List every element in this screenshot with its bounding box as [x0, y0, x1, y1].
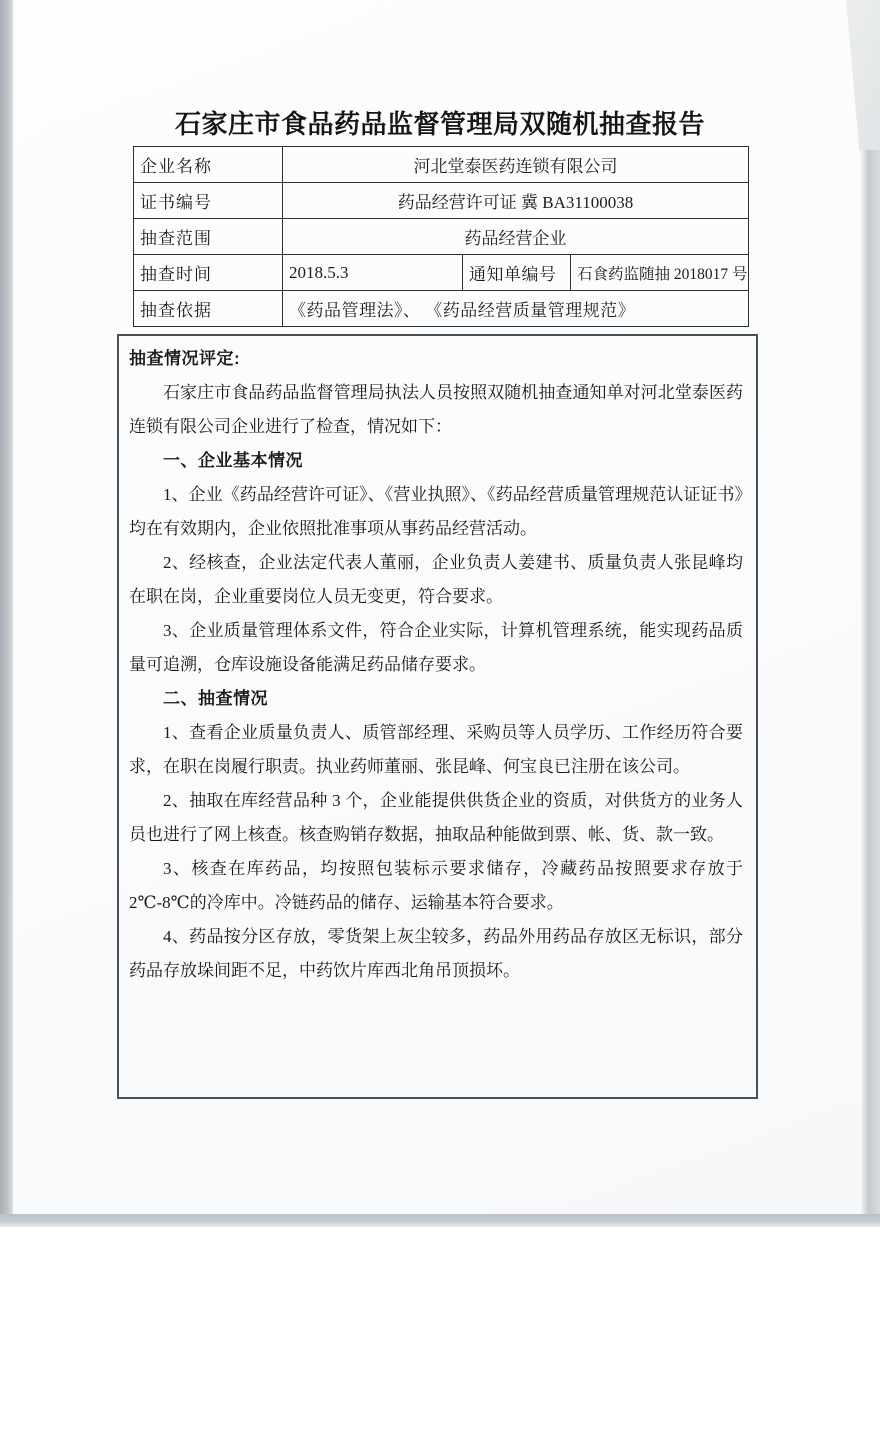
company-name-value: 河北堂泰医药连锁有限公司	[283, 147, 749, 183]
company-name-label: 企业名称	[134, 147, 283, 183]
inspection-scope-label: 抽查范围	[134, 219, 283, 255]
section1-item-1: 1、企业《药品经营许可证》、《营业执照》、《药品经营质量管理规范认证证书》均在有…	[129, 478, 743, 546]
section2-heading: 二、抽查情况	[129, 682, 743, 716]
notice-number-label: 通知单编号	[463, 255, 571, 291]
inspection-basis-value: 《药品管理法》、 《药品经营质量管理规范》	[283, 291, 749, 327]
assessment-heading: 抽查情况评定:	[129, 342, 743, 376]
section2-item-3: 3、核查在库药品，均按照包装标示要求储存，冷藏药品按照要求存放于 2℃-8℃的冷…	[129, 852, 743, 920]
scan-bottom-page-edge-shadow	[0, 1214, 880, 1227]
inspection-scope-value: 药品经营企业	[283, 219, 749, 255]
assessment-box: 抽查情况评定: 石家庄市食品药品监督管理局执法人员按照双随机抽查通知单对河北堂泰…	[117, 334, 758, 1099]
table-row-certificate: 证书编号 药品经营许可证 冀 BA31100038	[134, 183, 749, 219]
certificate-number-value: 药品经营许可证 冀 BA31100038	[283, 183, 749, 219]
scanned-document-view: 石家庄市食品药品监督管理局双随机抽查报告 企业名称 河北堂泰医药连锁有限公司 证…	[0, 0, 880, 1449]
info-table: 企业名称 河北堂泰医药连锁有限公司 证书编号 药品经营许可证 冀 BA31100…	[133, 146, 749, 327]
table-row-company: 企业名称 河北堂泰医药连锁有限公司	[134, 147, 749, 183]
inspection-basis-label: 抽查依据	[134, 291, 283, 327]
certificate-number-label: 证书编号	[134, 183, 283, 219]
table-row-basis: 抽查依据 《药品管理法》、 《药品经营质量管理规范》	[134, 291, 749, 327]
page-title: 石家庄市食品药品监督管理局双随机抽查报告	[30, 104, 850, 141]
section1-heading: 一、企业基本情况	[129, 444, 743, 478]
scan-left-edge-shadow	[0, 0, 13, 1214]
inspection-time-label: 抽查时间	[134, 255, 283, 291]
section2-item-1: 1、查看企业质量负责人、质管部经理、采购员等人员学历、工作经历符合要求，在职在岗…	[129, 716, 743, 784]
notice-number-value: 石食药监随抽 2018017 号	[571, 255, 749, 291]
scan-right-edge-shadow	[860, 150, 880, 1214]
assessment-intro: 石家庄市食品药品监督管理局执法人员按照双随机抽查通知单对河北堂泰医药连锁有限公司…	[129, 376, 743, 444]
table-row-time: 抽查时间 2018.5.3 通知单编号 石食药监随抽 2018017 号	[134, 255, 749, 291]
table-row-scope: 抽查范围 药品经营企业	[134, 219, 749, 255]
section1-item-3: 3、企业质量管理体系文件，符合企业实际，计算机管理系统，能实现药品质量可追溯，仓…	[129, 614, 743, 682]
inspection-time-value: 2018.5.3	[283, 255, 463, 291]
section2-item-4: 4、药品按分区存放，零货架上灰尘较多，药品外用药品存放区无标识，部分药品存放垛间…	[129, 920, 743, 988]
section2-item-2: 2、抽取在库经营品种 3 个，企业能提供供货企业的资质，对供货方的业务人员也进行…	[129, 784, 743, 852]
section1-item-2: 2、经核查，企业法定代表人董丽，企业负责人姜建书、质量负责人张昆峰均在职在岗，企…	[129, 546, 743, 614]
